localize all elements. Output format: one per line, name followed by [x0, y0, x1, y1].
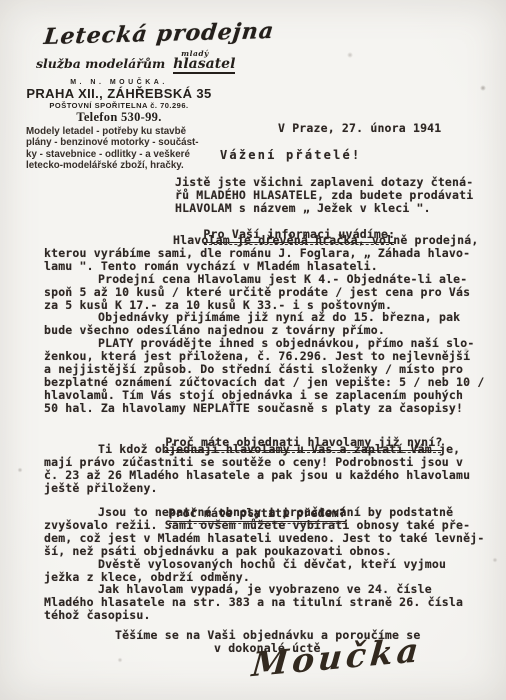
body-paragraphs-1: Hlavolam je dřevěná hračka, volně prodej… — [44, 234, 484, 415]
letter-line: 50 hal. Za hlavolamy NEPLAŤTE současně s… — [44, 402, 484, 415]
intro-paragraph: Jistě jste všichni zaplaveni dotazy čten… — [175, 176, 473, 215]
letter-line: dem, což jest v Mladém hlasateli uvedeno… — [44, 532, 484, 545]
scanned-letter-page: Letecká prodejna služba modelářůmmladýhl… — [0, 0, 506, 700]
brand-subtitle: služba modelářůmmladýhlasatel — [36, 56, 235, 72]
owner-name: M. N. MOUČKA. — [18, 79, 220, 86]
dateline: V Praze, 27. února 1941 — [278, 122, 441, 135]
service-line: plány - benzinové motorky - součást- — [26, 137, 199, 148]
body-paragraphs-2: Ti kdož objednají hlavolamy u Vás a zapl… — [44, 443, 470, 495]
logo-small-text: mladý — [181, 49, 209, 58]
brand-logo-script: Letecká prodejna — [43, 18, 276, 50]
salutation: Vážení přátelé! — [220, 149, 361, 162]
letter-line: ještě přiloženy. — [44, 482, 470, 495]
letter-line: téhož časopisu. — [44, 609, 484, 622]
brand-subtitle-text: služba modelářům — [36, 56, 165, 71]
services-list: Modely letadel - potřeby ku stavběplány … — [26, 126, 199, 172]
letter-line: Dvěstě vylosovaných hochů či děvčat, kte… — [44, 558, 484, 571]
letter-line: Hlavolam je dřevěná hračka, volně prodej… — [44, 234, 484, 247]
letter-line: Jsou to nepatrné obnosy a proučtování by… — [44, 506, 484, 519]
letter-line: Jistě jste všichni zaplaveni dotazy čten… — [175, 176, 473, 189]
letter-line: HLAVOLAM s názvem „ Ježek v kleci ". — [175, 202, 473, 215]
letter-line: spoň 5 až 10 kusů / které určitě prodáte… — [44, 286, 484, 299]
body-paragraphs-3: Jsou to nepatrné obnosy a proučtování by… — [44, 506, 484, 622]
service-line: ky - stavebnice - odlitky - a veškeré — [26, 149, 199, 160]
letter-line: kterou vyrábíme sami, dle románu J. Fogl… — [44, 247, 484, 260]
postal-savings-account: POŠTOVNÍ SPOŘITELNA č. 70.296. — [18, 101, 220, 110]
letter-line: hlavolamů. Tím Vás stojí objednávka i se… — [44, 389, 484, 402]
letter-line: mají právo zúčastniti se soutěže o ceny!… — [44, 456, 470, 469]
service-line: Modely letadel - potřeby ku stavbě — [26, 126, 199, 137]
letter-line: Ti kdož objednají hlavolamy u Vás a zapl… — [44, 443, 470, 456]
letter-line: ší, než psáti objednávku a pak poukazova… — [44, 545, 484, 558]
letter-line: zvyšovalo režii. Sami ovšem můžete vybír… — [44, 519, 484, 532]
letter-line: řů MLADÉHO HLASATELE, zda budete prodáva… — [175, 189, 473, 202]
telephone-number: Telefon 530-99. — [18, 110, 220, 125]
letter-line: č. 23 až 26 Mladého hlasatele a pak jsou… — [44, 469, 470, 482]
letter-line: Prodejní cena Hlavolamu jest K 4.- Objed… — [44, 273, 484, 286]
logo-main-text: hlasatel — [173, 56, 235, 74]
street-address: PRAHA XII., ZÁHŘEBSKÁ 35 — [18, 86, 220, 101]
mlady-hlasatel-logo: mladýhlasatel — [173, 56, 235, 72]
letter-line: bezplatné oznámení zúčtovacích dat / jen… — [44, 376, 484, 389]
letter-line: lamu ". Tento román vychází v Mladém hla… — [44, 260, 484, 273]
service-line: letecko-modelářské zboží, hračky. — [26, 160, 199, 171]
